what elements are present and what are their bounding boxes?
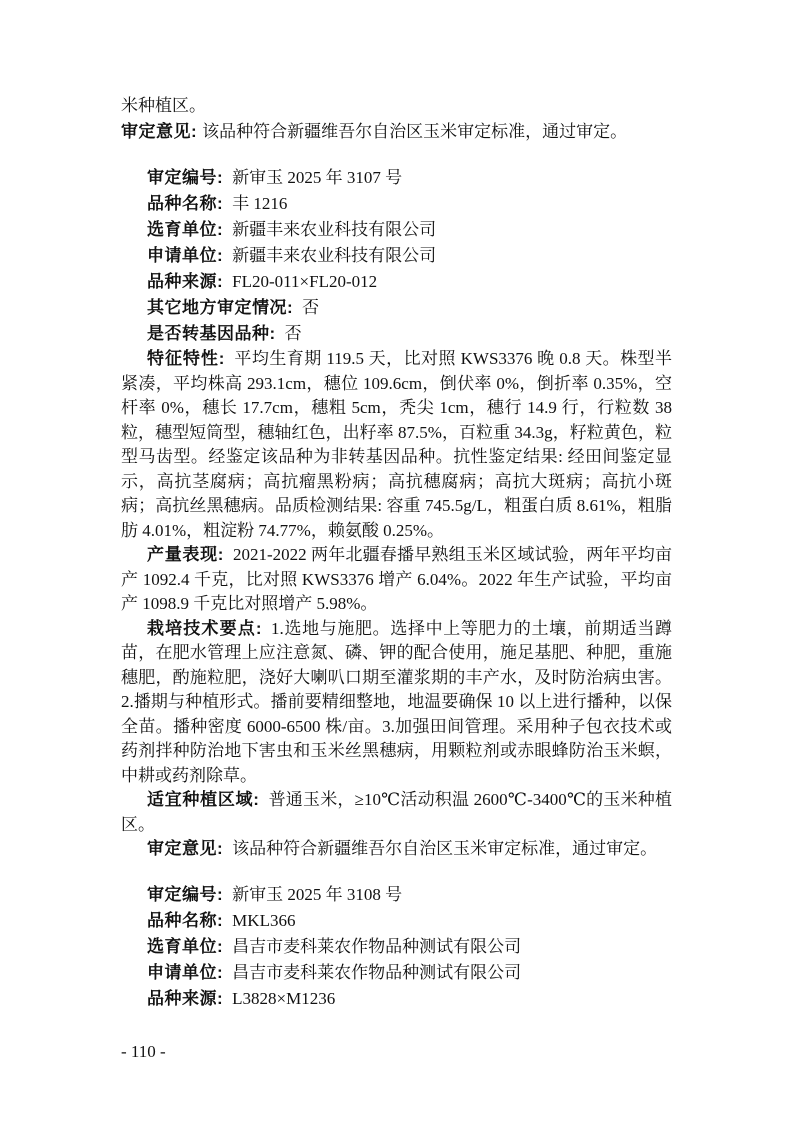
field-value: 新审玉 2025 年 3107 号 [232,168,402,187]
field-label: 品种名称: [147,194,223,213]
field-row-approval-number: 审定编号:新审玉 2025 年 3107 号 [121,165,672,191]
field-row-applicant-unit: 申请单位:昌吉市麦科莱农作物品种测试有限公司 [121,960,672,986]
para-characteristics: 特征特性:平均生育期 119.5 天，比对照 KWS3376 晚 0.8 天。株… [121,347,672,543]
field-label: 品种名称: [147,911,223,930]
para-approval-opinion: 审定意见:该品种符合新疆维吾尔自治区玉米审定标准，通过审定。 [121,837,672,862]
field-row-variety-origin: 品种来源:L3828×M1236 [121,986,672,1012]
para-label: 特征特性: [147,349,225,368]
field-row-variety-origin: 品种来源:FL20-011×FL20-012 [121,269,672,295]
page-content: 米种植区。 审定意见:该品种符合新疆维吾尔自治区玉米审定标准，通过审定。 审定编… [121,93,672,1012]
para-label: 适宜种植区域: [147,790,259,809]
previous-entry-opinion: 审定意见:该品种符合新疆维吾尔自治区玉米审定标准，通过审定。 [121,119,672,145]
opinion-text: 该品种符合新疆维吾尔自治区玉米审定标准，通过审定。 [202,122,627,141]
para-cultivation-techniques: 栽培技术要点:1.选地与施肥。选择中上等肥力的土壤，前期适当蹲苗，在肥水管理上应… [121,617,672,789]
para-text: 1.选地与施肥。选择中上等肥力的土壤，前期适当蹲苗，在肥水管理上应注意氮、磷、钾… [121,619,672,785]
field-value: 昌吉市麦科莱农作物品种测试有限公司 [232,963,521,982]
field-value: 昌吉市麦科莱农作物品种测试有限公司 [232,937,521,956]
field-row-breeding-unit: 选育单位:新疆丰来农业科技有限公司 [121,217,672,243]
previous-entry-tail-line: 米种植区。 [121,93,672,119]
entry-2-fields: 审定编号:新审玉 2025 年 3108 号 品种名称:MKL366 选育单位:… [121,882,672,1012]
field-row-other-region-approval: 其它地方审定情况:否 [121,295,672,321]
field-value: FL20-011×FL20-012 [232,272,377,291]
field-value: 否 [302,298,319,317]
field-value: L3828×M1236 [232,989,335,1008]
field-value: MKL366 [232,911,295,930]
field-row-gmo-status: 是否转基因品种:否 [121,321,672,347]
field-label: 选育单位: [147,937,223,956]
field-label: 申请单位: [147,246,223,265]
field-row-variety-name: 品种名称:丰 1216 [121,191,672,217]
para-label: 产量表现: [147,545,224,564]
field-label: 其它地方审定情况: [147,298,293,317]
field-label: 审定编号: [147,168,223,187]
opinion-label: 审定意见: [121,122,197,141]
page-number: - 110 - [121,1041,166,1063]
field-label: 审定编号: [147,885,223,904]
field-label: 选育单位: [147,220,223,239]
field-label: 是否转基因品种: [147,324,276,343]
para-label: 审定意见: [147,839,223,858]
field-value: 丰 1216 [232,194,287,213]
para-text: 该品种符合新疆维吾尔自治区玉米审定标准，通过审定。 [232,839,657,858]
field-value: 新疆丰来农业科技有限公司 [232,246,436,265]
para-text: 平均生育期 119.5 天，比对照 KWS3376 晚 0.8 天。株型半紧凑，… [121,349,672,540]
field-row-variety-name: 品种名称:MKL366 [121,908,672,934]
field-row-approval-number: 审定编号:新审玉 2025 年 3108 号 [121,882,672,908]
field-value: 新审玉 2025 年 3108 号 [232,885,402,904]
field-row-breeding-unit: 选育单位:昌吉市麦科莱农作物品种测试有限公司 [121,934,672,960]
field-label: 申请单位: [147,963,223,982]
field-label: 品种来源: [147,272,223,291]
para-yield-performance: 产量表现:2021-2022 两年北疆春播早熟组玉米区域试验，两年平均亩产 10… [121,543,672,617]
field-row-applicant-unit: 申请单位:新疆丰来农业科技有限公司 [121,243,672,269]
field-label: 品种来源: [147,989,223,1008]
field-value: 否 [285,324,302,343]
document-page: 米种植区。 审定意见:该品种符合新疆维吾尔自治区玉米审定标准，通过审定。 审定编… [0,0,793,1122]
para-label: 栽培技术要点: [147,619,262,638]
entry-1-fields: 审定编号:新审玉 2025 年 3107 号 品种名称:丰 1216 选育单位:… [121,165,672,347]
para-suitable-planting-region: 适宜种植区域:普通玉米，≥10℃活动积温 2600℃-3400℃的玉米种植区。 [121,788,672,837]
field-value: 新疆丰来农业科技有限公司 [232,220,436,239]
